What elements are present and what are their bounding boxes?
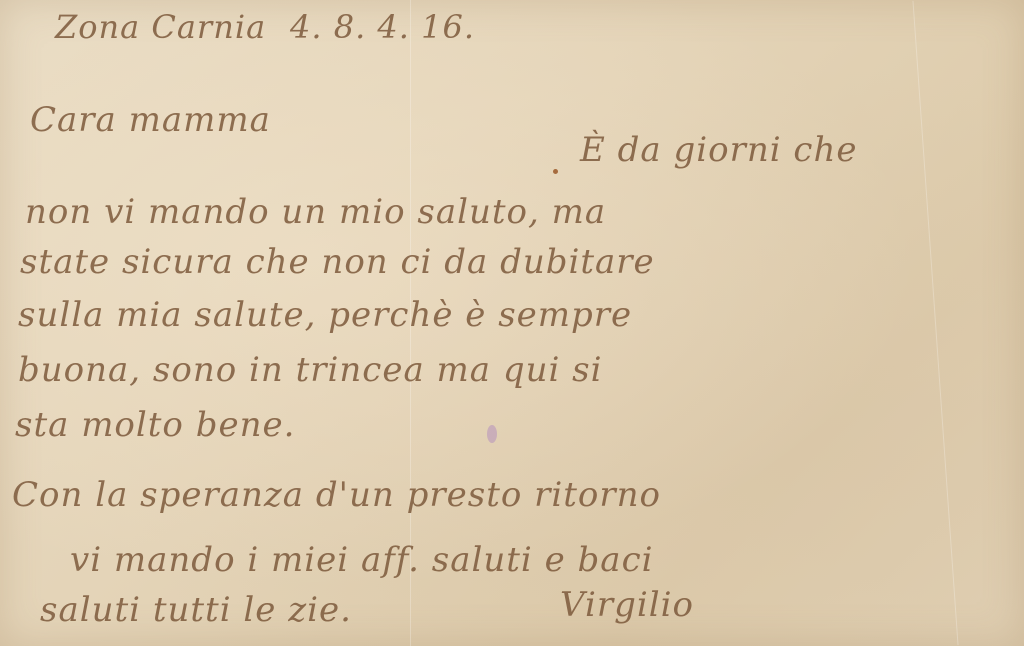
ink-dot <box>553 169 558 174</box>
body-line-1: È da giorni che <box>580 130 857 170</box>
header-place: Zona Carnia <box>55 8 266 46</box>
body-line-8: vi mando i miei aff. saluti e baci <box>70 540 654 580</box>
ink-stain <box>487 425 497 443</box>
body-line-9: saluti tutti le zie. <box>40 590 352 630</box>
header-date: 4. 8. 4. 16. <box>290 8 475 46</box>
greeting: Cara mamma <box>30 100 271 140</box>
body-line-7: Con la speranza d'un presto ritorno <box>12 475 661 515</box>
body-line-4: sulla mia salute, perchè è sempre <box>18 295 632 335</box>
body-line-6: sta molto bene. <box>15 405 295 445</box>
paper-crease <box>912 1 958 645</box>
body-line-2: non vi mando un mio saluto, ma <box>25 192 606 232</box>
signature: Virgilio <box>560 585 694 625</box>
body-line-5: buona, sono in trincea ma qui si <box>18 350 603 390</box>
postcard: Zona Carnia 4. 8. 4. 16. Cara mamma È da… <box>0 0 1024 646</box>
body-line-3: state sicura che non ci da dubitare <box>20 242 655 282</box>
